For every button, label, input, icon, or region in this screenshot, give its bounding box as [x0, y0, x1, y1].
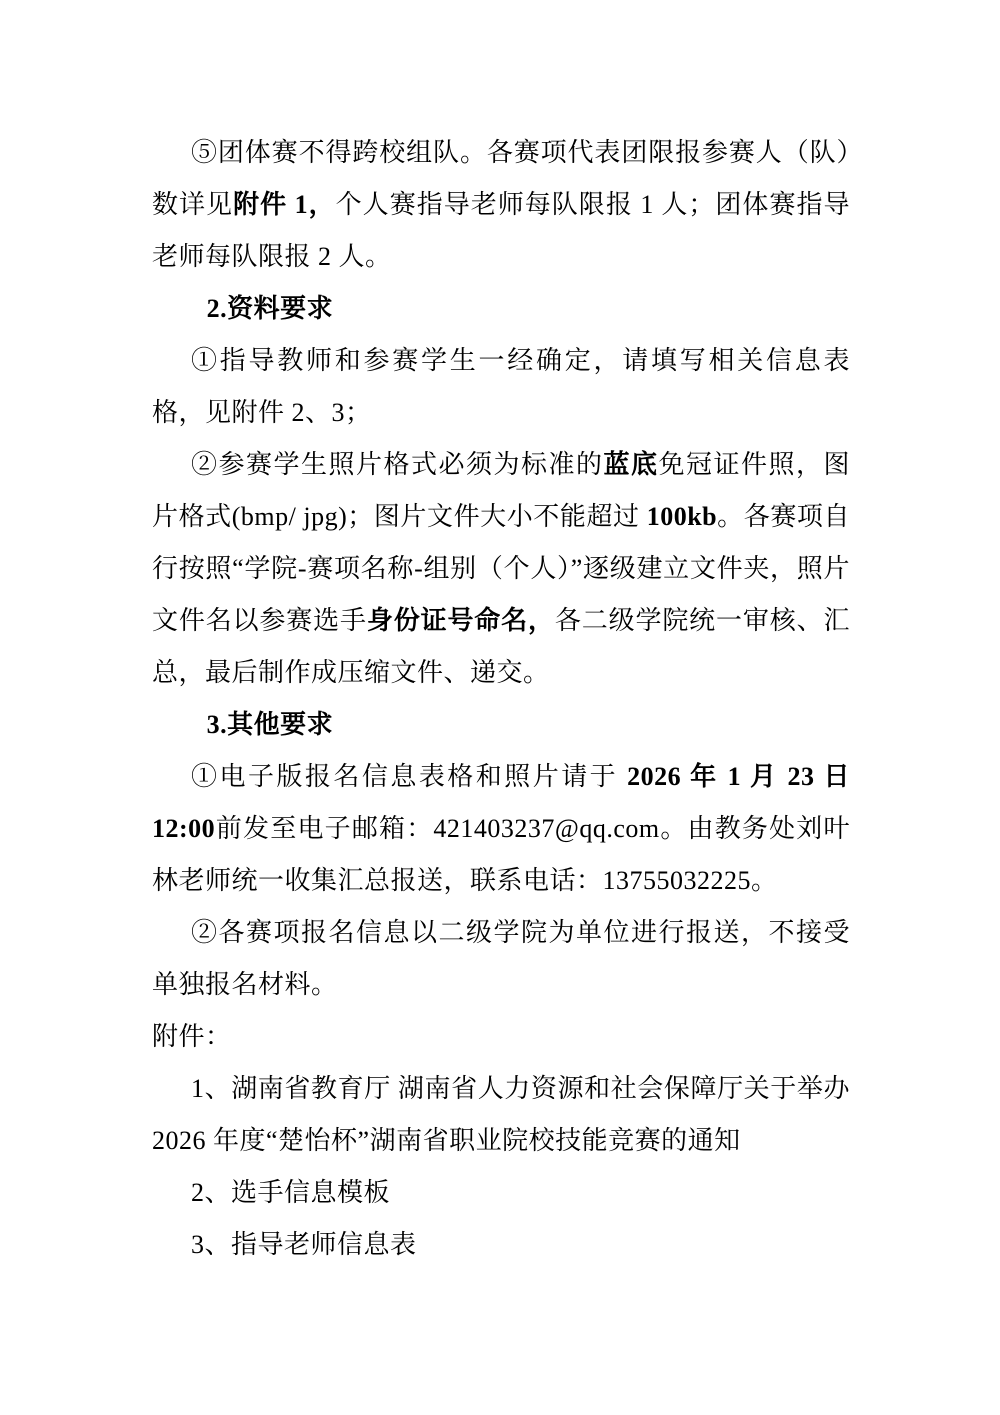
heading-3-other-requirements: 3.其他要求: [152, 699, 850, 751]
para-other-2-submit: ②各赛项报名信息以二级学院为单位进行报送，不接受单独报名材料。: [152, 907, 850, 1011]
text-run: 2.资料要求: [207, 294, 334, 323]
attachment-item-1: 1、湖南省教育厅 湖南省人力资源和社会保障厅关于举办 2026 年度“楚怡杯”湖…: [152, 1063, 850, 1167]
document-body: ⑤团体赛不得跨校组队。各赛项代表团限报参赛人（队）数详见附件 1，个人赛指导老师…: [152, 127, 850, 1271]
para-material-2-photo: ②参赛学生照片格式必须为标准的蓝底免冠证件照，图片格式(bmp/ jpg)；图片…: [152, 439, 850, 699]
text-run: 附件：: [152, 1022, 232, 1051]
text-run: 身份证号命名，: [367, 606, 555, 635]
attachments-label: 附件：: [152, 1011, 850, 1063]
text-run: ②参赛学生照片格式必须为标准的: [191, 450, 603, 479]
text-run: 100kb: [647, 502, 717, 531]
text-run: 3、指导老师信息表: [191, 1230, 417, 1259]
text-run: 蓝底: [603, 450, 658, 479]
para-other-1-email: ①电子版报名信息表格和照片请于 2026 年 1 月 23 日 12:00前发至…: [152, 751, 850, 907]
attachment-item-3: 3、指导老师信息表: [152, 1219, 850, 1271]
document-page: ⑤团体赛不得跨校组队。各赛项代表团限报参赛人（队）数详见附件 1，个人赛指导老师…: [0, 0, 1000, 1415]
text-run: 3.其他要求: [207, 710, 334, 739]
para-team-rule-5: ⑤团体赛不得跨校组队。各赛项代表团限报参赛人（队）数详见附件 1，个人赛指导老师…: [152, 127, 850, 283]
text-run: 附件 1，: [233, 190, 336, 219]
text-run: 前发至电子邮箱：421403237@qq.com。由教务处刘叶林老师统一收集汇总…: [152, 814, 850, 895]
attachment-item-2: 2、选手信息模板: [152, 1167, 850, 1219]
text-run: 1、湖南省教育厅 湖南省人力资源和社会保障厅关于举办 2026 年度“楚怡杯”湖…: [152, 1074, 850, 1155]
heading-2-material-requirements: 2.资料要求: [152, 283, 850, 335]
text-run: ②各赛项报名信息以二级学院为单位进行报送，不接受单独报名材料。: [152, 918, 850, 999]
text-run: ①电子版报名信息表格和照片请于: [191, 762, 627, 791]
para-material-1: ①指导教师和参赛学生一经确定，请填写相关信息表格，见附件 2、3；: [152, 335, 850, 439]
text-run: 2、选手信息模板: [191, 1178, 390, 1207]
text-run: ①指导教师和参赛学生一经确定，请填写相关信息表格，见附件 2、3；: [152, 346, 850, 427]
